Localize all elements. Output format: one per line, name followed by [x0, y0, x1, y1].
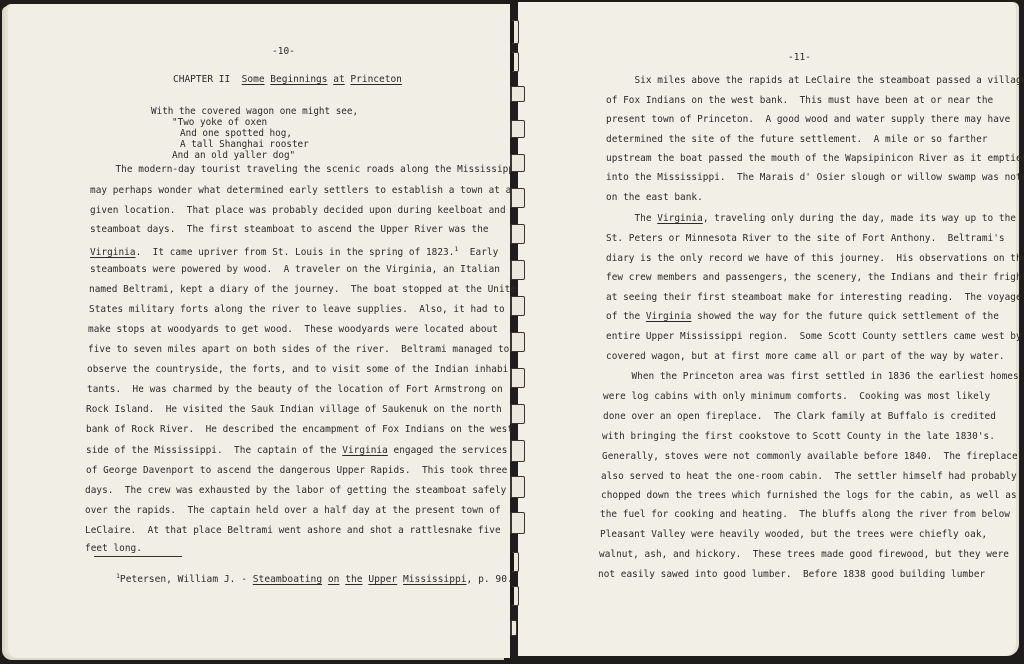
chapter-title-word: at — [333, 74, 344, 85]
ship-name: Virginia — [646, 311, 692, 322]
poem-line: With the covered wagon one might see, — [151, 106, 358, 118]
text-line: steamboats were powered by wood. A trave… — [90, 260, 500, 280]
footnote: 1Petersen, William J. - Steamboating on … — [116, 572, 513, 585]
footnote-title-word: Steamboating — [253, 574, 322, 585]
binding-ring-icon — [510, 224, 525, 244]
text-line: not easily sawed into good lumber. Befor… — [598, 565, 985, 585]
poem-line: And one spotted hog, — [180, 128, 292, 140]
text-line: with bringing the first cookstove to Sco… — [602, 427, 995, 447]
binding-ring-icon — [510, 296, 525, 316]
text-line: Pleasant Valley were heavily wooded, but… — [600, 525, 987, 545]
text-segment: The — [606, 213, 657, 224]
text-segment: , traveling only during the day, made it… — [703, 213, 1016, 224]
punctuation: . — [136, 247, 153, 258]
binding-ring-icon — [510, 620, 517, 636]
text-segment: of the — [606, 311, 646, 322]
text-line: bank of Rock River. He described the enc… — [86, 420, 513, 440]
text-line: The Virginia, traveling only during the … — [606, 209, 1016, 229]
binding-ring-icon — [510, 260, 525, 280]
footnote-rule — [94, 556, 182, 557]
binding-ring-icon — [510, 476, 525, 498]
text-line: LeClaire. At that place Beltrami went as… — [85, 521, 501, 541]
binding-ring-icon — [510, 512, 525, 534]
text-line: also served to heat the one-room cabin. … — [601, 467, 1017, 487]
text-line: given location. That place was probably … — [90, 201, 506, 221]
text-line: observe the countryside, the forts, and … — [87, 360, 514, 380]
text-line: entire Upper Mississippi region. Some Sc… — [606, 327, 1022, 347]
binding-ring-icon — [510, 552, 519, 572]
text-segment: engaged the services — [388, 445, 508, 456]
text-line: five to seven miles apart on both sides … — [88, 340, 509, 360]
text-line: into the Mississippi. The Marais d' Osie… — [606, 168, 1024, 188]
chapter-title-word: Beginnings — [270, 74, 327, 85]
text-line: upstream the boat passed the mouth of th… — [606, 149, 1024, 169]
text-line: of George Davenport to ascend the danger… — [86, 461, 507, 481]
ship-name: Virginia — [90, 247, 136, 258]
text-segment: showed the way for the future quick sett… — [691, 311, 999, 322]
footnote-author: Petersen, William J. - — [120, 574, 253, 585]
text-line: were log cabins with only minimum comfor… — [603, 387, 990, 407]
binding-ring-icon — [510, 52, 519, 72]
text-line: present town of Princeton. A good wood a… — [606, 110, 1010, 130]
text-line: States military forts along the river to… — [89, 300, 505, 320]
text-line: The modern-day tourist traveling the sce… — [87, 160, 520, 180]
text-line: tants. He was charmed by the beauty of t… — [87, 380, 503, 400]
ship-name: Virginia — [657, 213, 703, 224]
text-line: done over an open fireplace. The Clark f… — [603, 407, 996, 427]
chapter-title-word: Princeton — [350, 74, 401, 85]
text-line: chopped down the trees which furnished t… — [601, 486, 1017, 506]
binding-ring-icon — [510, 368, 525, 388]
page-number: -11- — [788, 52, 811, 63]
text-line: at seeing their first steamboat make for… — [606, 288, 1022, 308]
binding-ring-icon — [510, 586, 519, 606]
footnote-title-word: Mississippi — [403, 574, 467, 585]
footnote-title-word: Upper — [368, 574, 397, 585]
text-line: diary is the only record we have of this… — [606, 249, 1024, 269]
footnote-title-word: the — [345, 574, 362, 585]
text-line: few crew members and passengers, the sce… — [606, 268, 1024, 288]
binding-ring-icon — [510, 332, 525, 352]
poem-line: A tall Shanghai rooster — [180, 139, 309, 151]
binding-ring-icon — [510, 86, 525, 102]
binding-ring-icon — [510, 154, 525, 172]
chapter-title-word: Some — [242, 74, 265, 85]
left-page: -10- CHAPTER II Some Beginnings at Princ… — [8, 4, 510, 658]
text-line: of the Virginia showed the way for the f… — [606, 307, 999, 327]
binding-ring-icon — [510, 188, 525, 208]
chapter-heading: CHAPTER II Some Beginnings at Princeton — [173, 74, 402, 85]
text-line: covered wagon, but at first more came al… — [606, 347, 1005, 367]
text-line: When the Princeton area was first settle… — [603, 367, 1019, 387]
text-line: St. Peters or Minnesota River to the sit… — [606, 229, 1005, 249]
binding-ring-icon — [510, 20, 519, 44]
text-line: of Fox Indians on the west bank. This mu… — [606, 91, 993, 111]
page-number: -10- — [272, 46, 295, 57]
text-line: days. The crew was exhausted by the labo… — [85, 481, 506, 501]
text-line: make stops at woodyards to get wood. The… — [88, 320, 498, 340]
text-line: side of the Mississippi. The captain of … — [86, 441, 507, 461]
text-line: over the rapids. The captain held over a… — [85, 501, 501, 521]
binding-ring-icon — [510, 120, 525, 138]
right-page: -11- Six miles above the rapids at LeCla… — [518, 2, 1016, 656]
text-segment: It came upriver from St. Louis in the sp… — [153, 247, 455, 258]
text-line: steamboat days. The first steamboat to a… — [90, 220, 489, 240]
spiral-binding — [505, 20, 527, 660]
text-line: Generally, stoves were not commonly avai… — [602, 447, 1018, 467]
text-line: Rock Island. He visited the Sauk Indian … — [86, 400, 502, 420]
footnote-title-word: on — [328, 574, 340, 585]
text-line: on the east bank. — [606, 188, 703, 208]
text-line: Six miles above the rapids at LeClaire t… — [606, 71, 1024, 91]
ship-name: Virginia — [342, 445, 388, 456]
text-segment: side of the Mississippi. The captain of … — [86, 445, 337, 456]
text-line: walnut, ash, and hickory. These trees ma… — [599, 545, 1009, 565]
text-segment: Early — [458, 247, 498, 258]
text-line: may perhaps wonder what determined early… — [90, 181, 511, 201]
binding-ring-icon — [510, 404, 525, 424]
text-line: named Beltrami, kept a diary of the jour… — [89, 280, 522, 300]
poem-line: "Two yoke of oxen — [172, 117, 267, 129]
text-line: the fuel for cooking and heating. The bl… — [600, 505, 1010, 525]
binding-ring-icon — [510, 440, 525, 462]
text-line: determined the site of the future settle… — [606, 130, 988, 150]
chapter-label: CHAPTER II — [173, 74, 230, 85]
